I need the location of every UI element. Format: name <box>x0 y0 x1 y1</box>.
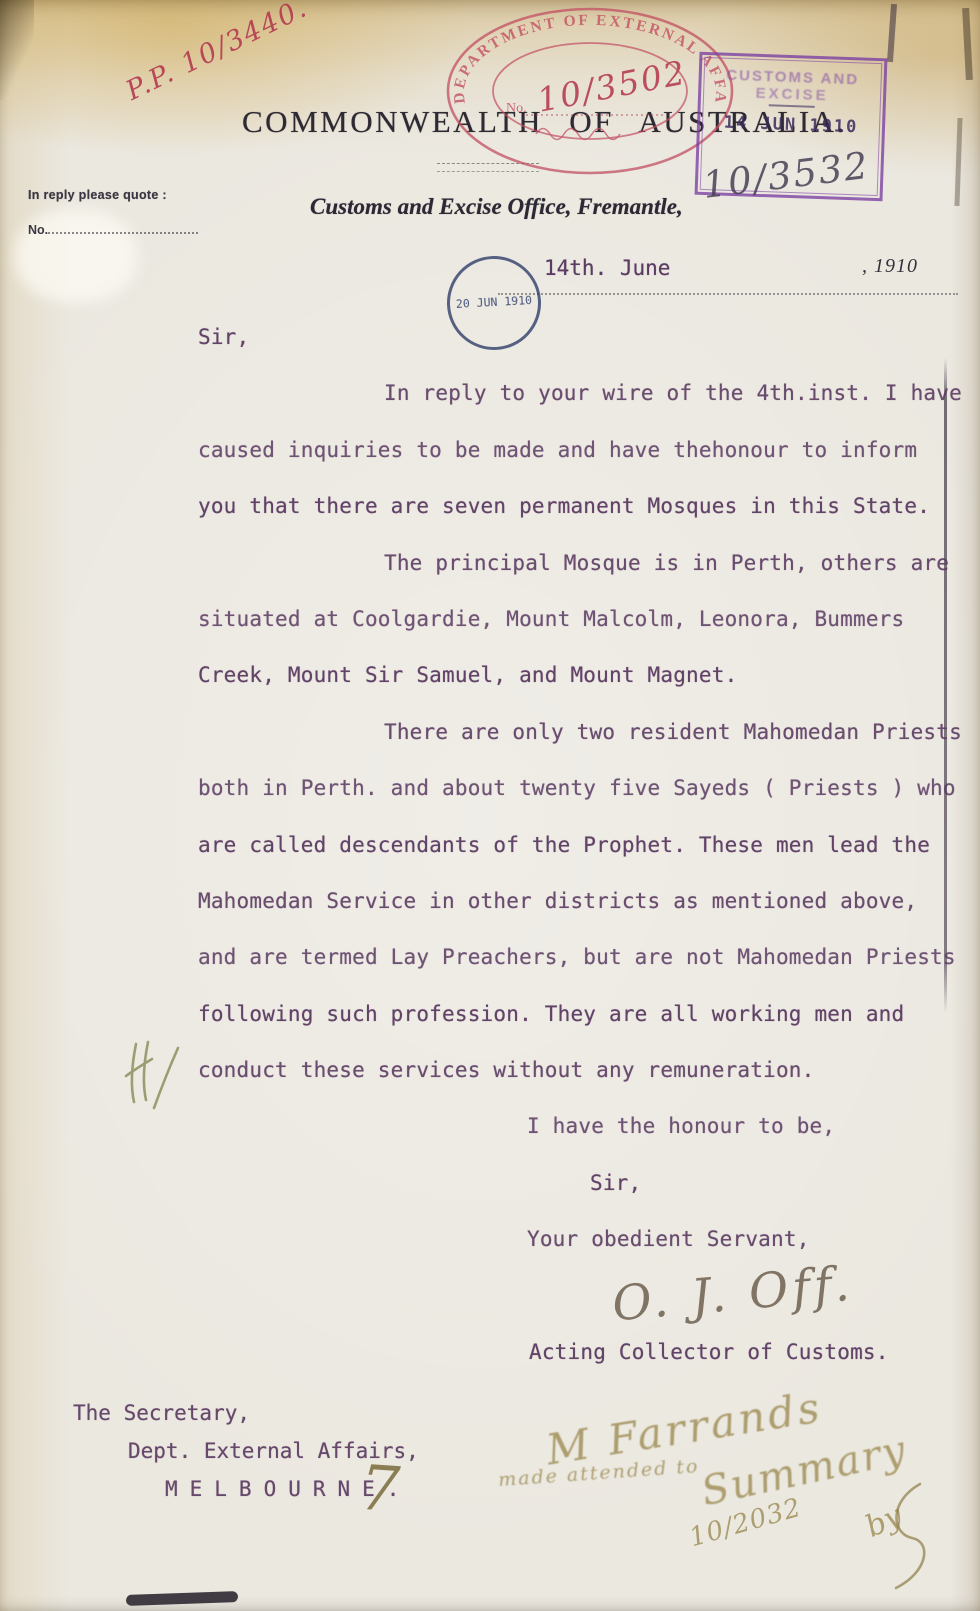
customs-box-inner: CUSTOMS AND EXCISE 14 JUN 1910 10/3532 <box>700 57 883 196</box>
quote-label: In reply please quote : <box>28 188 167 202</box>
customs-box-number-handwritten: 10/3532 <box>700 144 872 207</box>
letter-line: There are only two resident Mahomedan Pr… <box>198 704 968 760</box>
typed-date: 14th. June <box>544 256 670 280</box>
paper-edge-mark <box>887 4 897 62</box>
dotted-leader <box>48 222 198 234</box>
letter-line: you that there are seven permanent Mosqu… <box>198 478 968 534</box>
annotation-seven-handwritten: 7 <box>358 1451 402 1527</box>
letter-line: Mahomedan Service in other districts as … <box>198 873 968 929</box>
letter-line: both in Perth. and about twenty five Say… <box>198 760 968 816</box>
letter-line: following such profession. They are all … <box>198 986 968 1042</box>
letter-line: Sir, <box>198 309 968 365</box>
letter-line: The principal Mosque is in Perth, others… <box>198 535 968 591</box>
letter-line: In reply to your wire of the 4th.inst. I… <box>198 365 968 421</box>
letter-body: Sir,In reply to your wire of the 4th.ins… <box>198 309 968 1380</box>
letter-line: are called descendants of the Prophet. T… <box>198 817 968 873</box>
letter-line: caused inquiries to be made and have the… <box>198 422 968 478</box>
oval-stamp-number-handwritten: 10/3502 <box>534 53 690 120</box>
letter-line: Creek, Mount Sir Samuel, and Mount Magne… <box>198 647 968 703</box>
printed-year: , 1910 <box>862 255 918 278</box>
quote-number-field: No. <box>28 222 198 237</box>
paper-edge-mark <box>954 118 962 206</box>
pen-tick-mark <box>120 1038 184 1112</box>
paper-corner-shadow <box>0 0 34 100</box>
ink-blot-mark <box>126 1591 238 1606</box>
letter-line: I have the honour to be, <box>198 1098 968 1154</box>
letter-line: and are termed Lay Preachers, but are no… <box>198 929 968 985</box>
filing-reference-handwritten: P.P. 10/3440. <box>121 0 312 107</box>
letter-line: situated at Coolgardie, Mount Malcolm, L… <box>198 591 968 647</box>
customs-box-date: 14 JUN 1910 <box>703 112 880 138</box>
letter-line: Your obedient Servant, <box>198 1211 968 1267</box>
letter-line: Acting Collector of Customs. <box>198 1324 968 1380</box>
customs-received-box-stamp: CUSTOMS AND EXCISE 14 JUN 1910 10/3532 <box>695 52 888 201</box>
pen-flourish-mark <box>878 1478 936 1596</box>
letter-line: Sir, <box>198 1155 968 1211</box>
oval-stamp-no-label: No. <box>506 101 527 116</box>
paper-edge-mark <box>962 8 973 80</box>
letter-line: conduct these services without any remun… <box>198 1042 968 1098</box>
scanned-letter-page: P.P. 10/3440. COMMONWEALTH OF AUSTRALIA.… <box>0 0 980 1611</box>
customs-box-rule <box>769 104 815 108</box>
office-line: Customs and Excise Office, Fremantle, <box>310 194 683 220</box>
address-line: The Secretary, <box>73 1394 419 1432</box>
quote-no-label: No. <box>28 223 48 237</box>
